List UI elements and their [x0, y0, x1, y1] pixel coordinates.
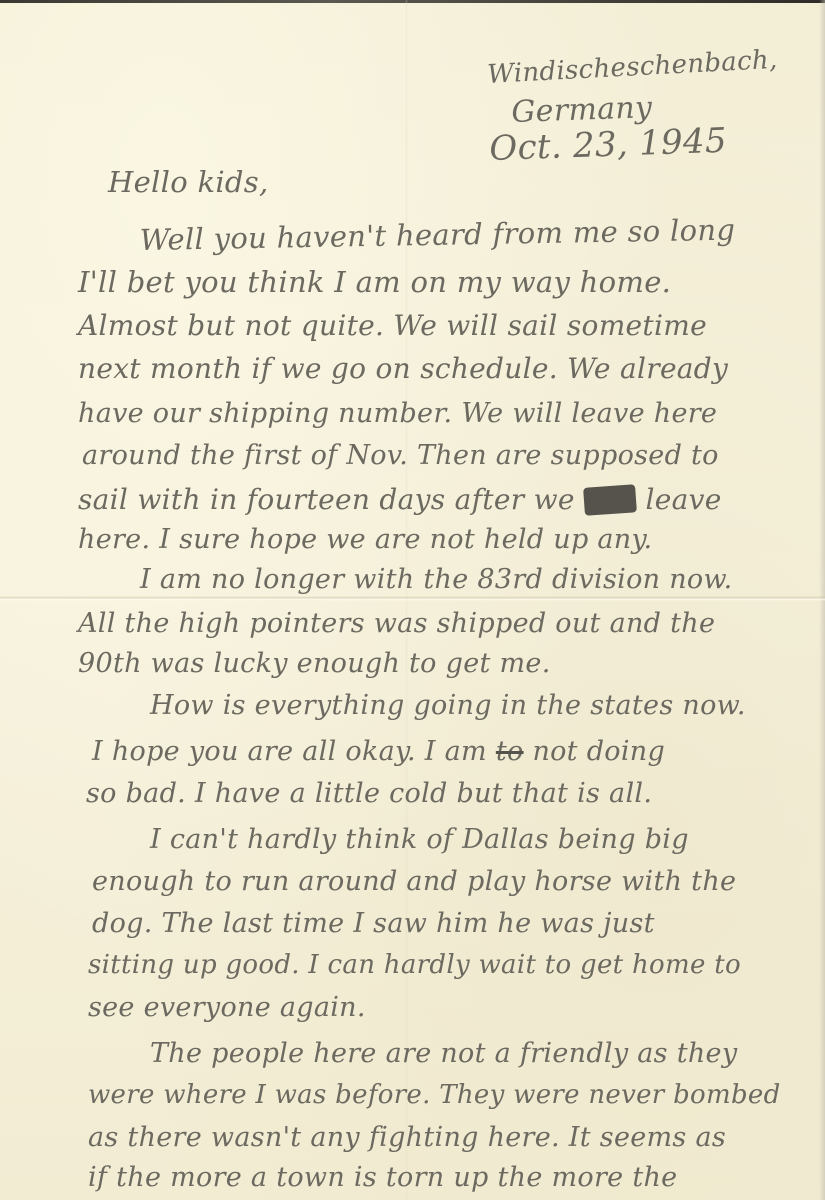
salutation: Hello kids,	[108, 168, 269, 197]
body-line: Well you haven't heard from me so long	[139, 216, 735, 255]
body-line: next month if we go on schedule. We alre…	[78, 355, 728, 383]
body-line: around the first of Nov. Then are suppos…	[82, 442, 719, 469]
body-line: The people here are not a friendly as th…	[150, 1040, 737, 1067]
heading-place: Windischeschenbach,	[487, 47, 778, 88]
heading-country: Germany	[511, 93, 653, 128]
body-line: All the high pointers was shipped out an…	[78, 610, 715, 637]
body-line: were where I was before. They were never…	[88, 1082, 781, 1108]
body-line: How is everything going in the states no…	[150, 692, 746, 719]
body-line: as there wasn't any fighting here. It se…	[88, 1124, 726, 1151]
scribbled-out-word: left	[583, 484, 637, 516]
letter-page: Windischeschenbach, Germany Oct. 23, 194…	[0, 0, 825, 1200]
paper-fold-crease	[0, 596, 825, 601]
crossed-out-word: to	[496, 736, 524, 767]
body-line: if the more a town is torn up the more t…	[88, 1164, 677, 1191]
body-line: here. I sure hope we are not held up any…	[78, 526, 652, 553]
body-line-text: I hope you are all okay. I am	[92, 736, 487, 767]
body-line: sitting up good. I can hardly wait to ge…	[88, 952, 741, 978]
scan-top-border	[0, 0, 825, 3]
body-line: Almost but not quite. We will sail somet…	[78, 312, 707, 340]
body-line: so bad. I have a little cold but that is…	[86, 780, 652, 807]
body-line: dog. The last time I saw him he was just	[92, 910, 655, 937]
body-line: I'll bet you think I am on my way home.	[78, 268, 671, 297]
body-line-text: sail with in fourteen days after we	[78, 483, 575, 516]
body-line-tail: not doing	[532, 736, 665, 767]
body-line: sail with in fourteen days after we left…	[78, 486, 722, 514]
body-line: see everyone again.	[88, 994, 366, 1021]
body-line: I hope you are all okay. I am to not doi…	[92, 738, 665, 765]
body-line: enough to run around and play horse with…	[92, 868, 736, 895]
body-line-tail: leave	[646, 483, 722, 516]
heading-date: Oct. 23, 1945	[489, 124, 728, 166]
body-line: I can't hardly think of Dallas being big	[150, 826, 689, 853]
body-line: I am no longer with the 83rd division no…	[140, 566, 733, 593]
body-line: 90th was lucky enough to get me.	[78, 650, 551, 677]
body-line: have our shipping number. We will leave …	[78, 400, 717, 427]
